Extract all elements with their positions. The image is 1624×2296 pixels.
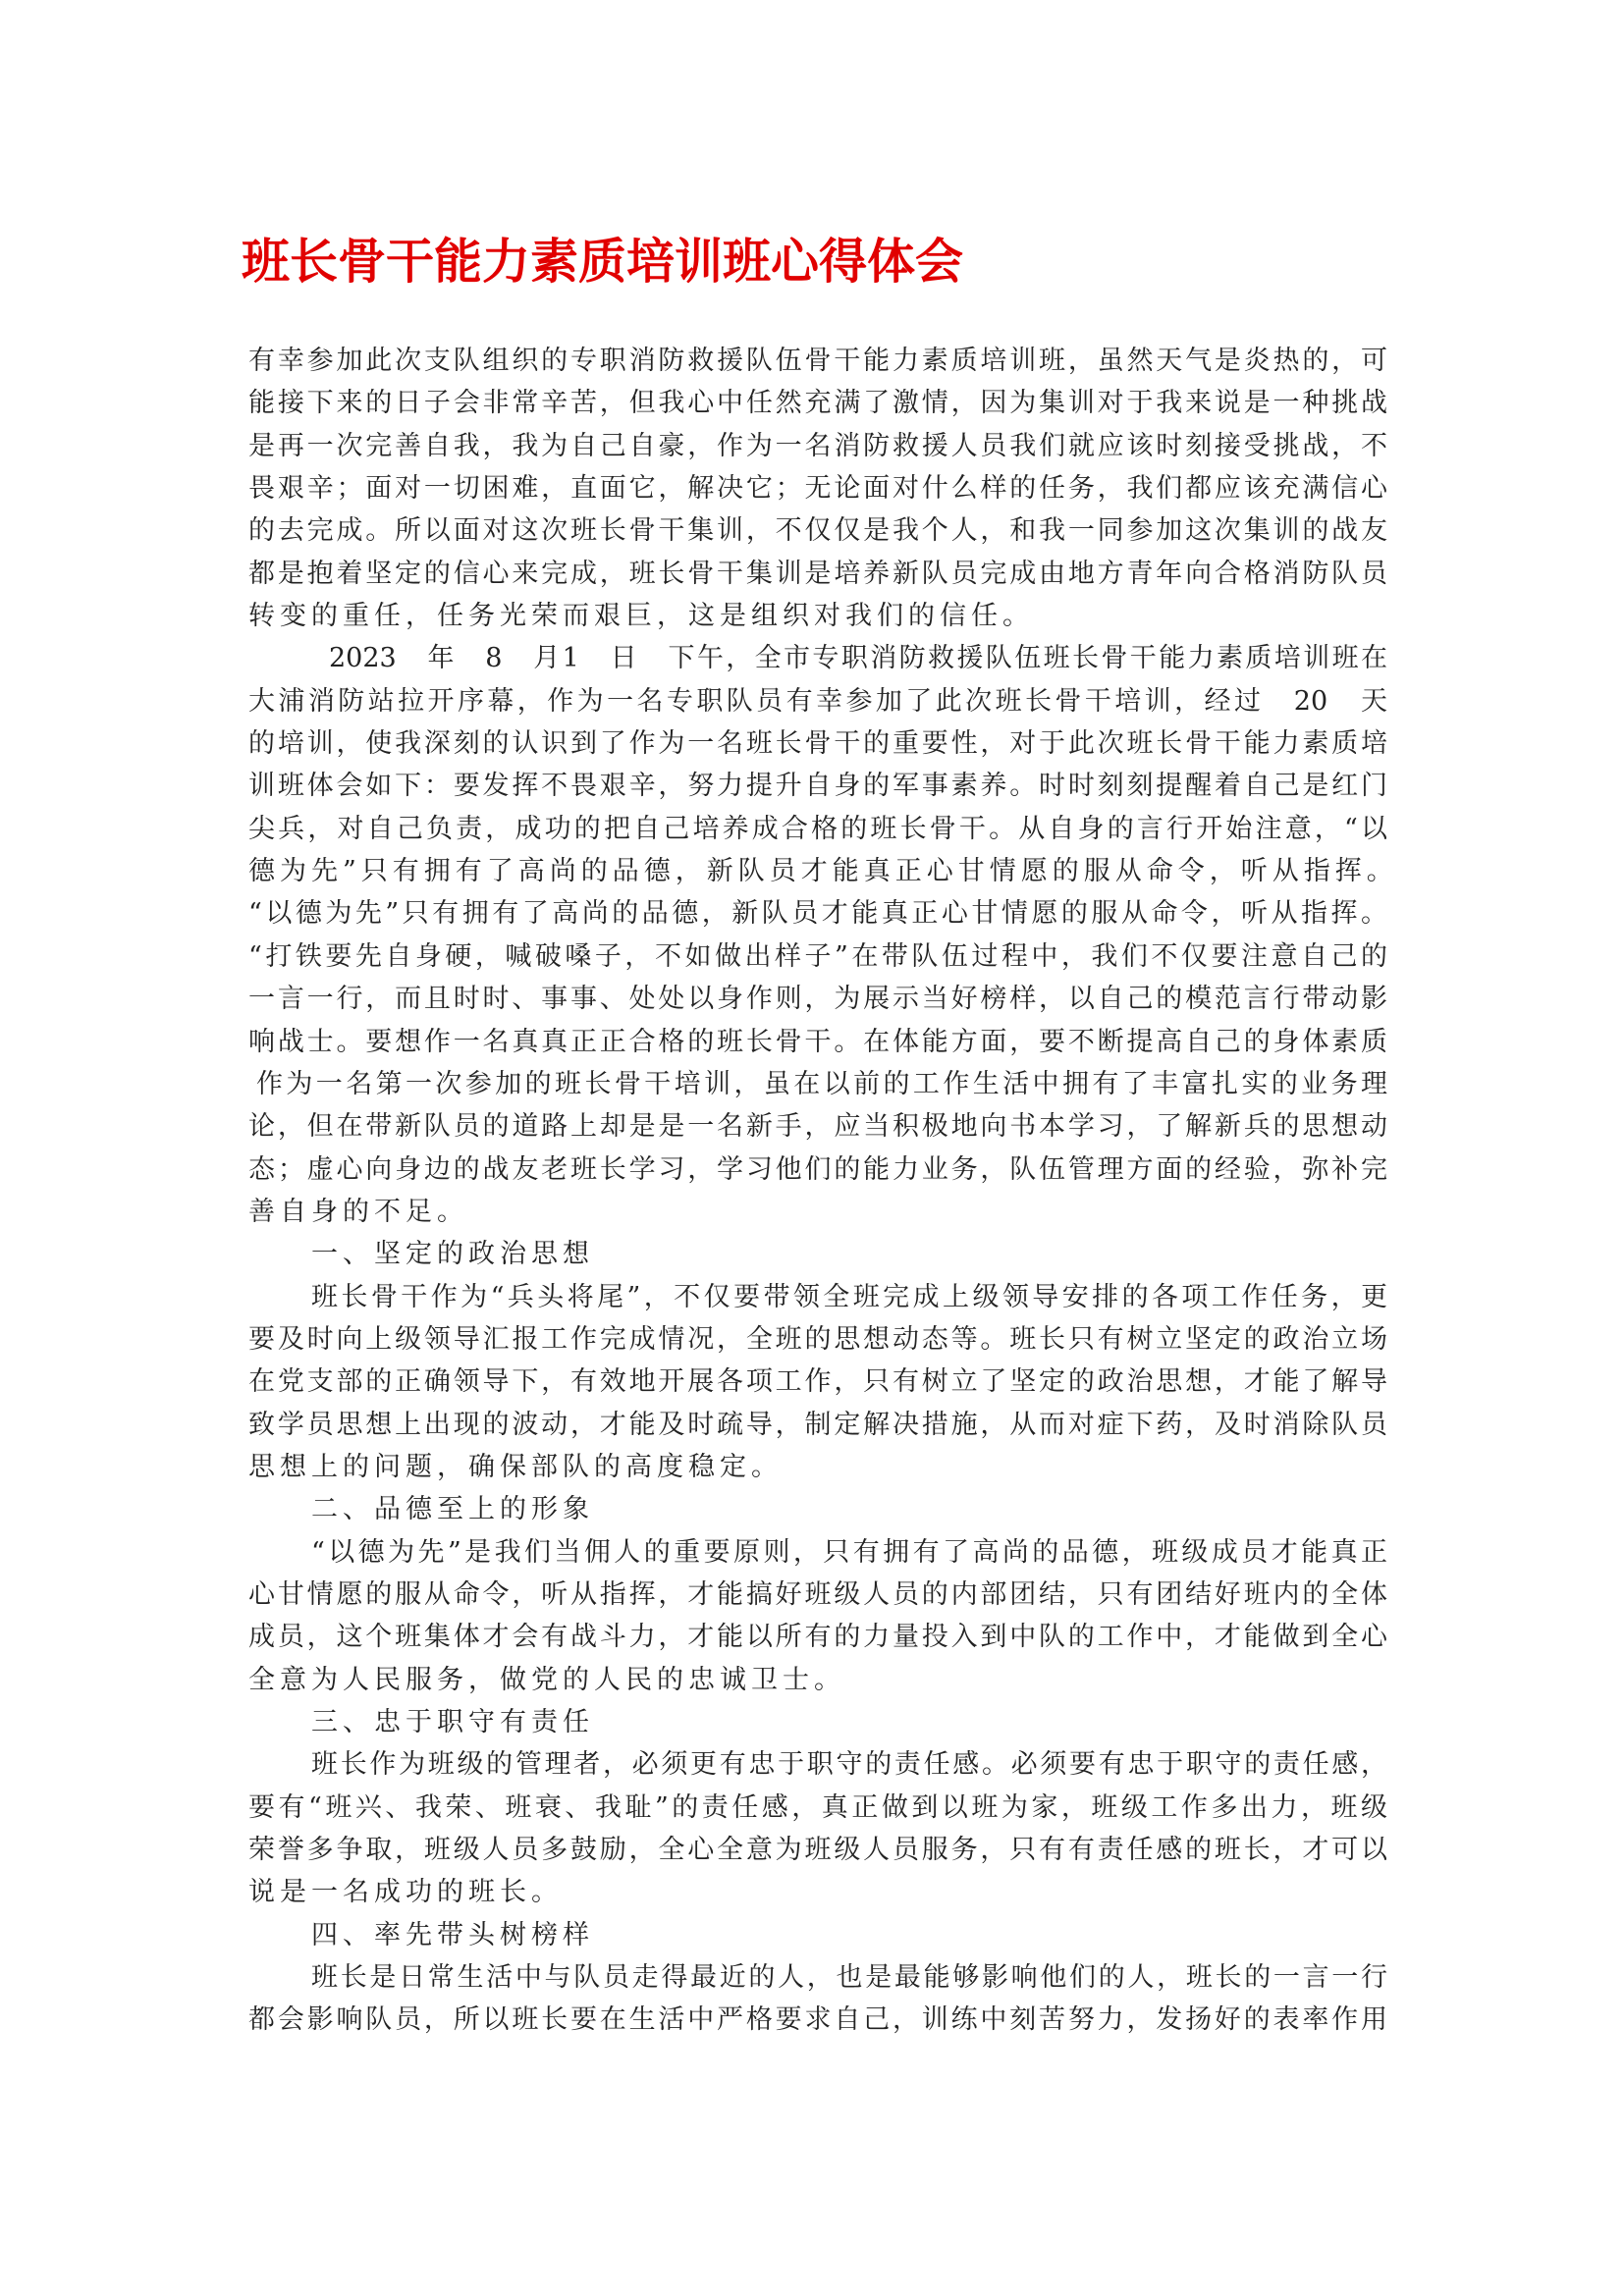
body-text-line: 善自身的不足。 [248,1191,1387,1233]
section-heading: 二、品德至上的形象 [248,1488,1387,1530]
body-text-line: “以德为先”只有拥有了高尚的品德，新队员才能真正心甘情愿的服从命令，听从指挥。 [248,892,1387,934]
body-text-line: 都会影响队员，所以班长要在生活中严格要求自己，训练中刻苦努力，发扬好的表率作用 [248,1999,1387,2041]
body-text-line: 论，但在带新队员的道路上却是是一名新手，应当积极地向书本学习，了解新兵的思想动 [248,1105,1387,1148]
section-heading: 一、坚定的政治思想 [248,1233,1387,1275]
body-text-line: 在党支部的正确领导下，有效地开展各项工作，只有树立了坚定的政治思想，才能了解导 [248,1361,1387,1403]
body-text-line: 成员，这个班集体才会有战斗力，才能以所有的力量投入到中队的工作中，才能做到全心 [248,1616,1387,1658]
body-text-line: 德为先”只有拥有了高尚的品德，新队员才能真正心甘情愿的服从命令，听从指挥。 [248,850,1387,892]
body-text-line: 都是抱着坚定的信心来完成，班长骨干集训是培养新队员完成由地方青年向合格消防队员 [248,553,1387,595]
body-text-line: 心甘情愿的服从命令，听从指挥，才能搞好班级人员的内部团结，只有团结好班内的全体 [248,1574,1387,1616]
body-text-line: 有幸参加此次支队组织的专职消防救援队伍骨干能力素质培训班，虽然天气是炎热的，可 [248,340,1387,382]
body-text-line: 一言一行，而且时时、事事、处处以身作则，为展示当好榜样，以自己的模范言行带动影 [248,978,1387,1020]
body-text-line: 作为一名第一次参加的班长骨干培训，虽在以前的工作生活中拥有了丰富扎实的业务理 [248,1063,1387,1105]
body-text-line: 大浦消防站拉开序幕，作为一名专职队员有幸参加了此次班长骨干培训，经过 20 天 [248,680,1387,722]
document-page: 班长骨干能力素质培训班心得体会 有幸参加此次支队组织的专职消防救援队伍骨干能力素… [0,0,1624,2296]
body-text-line: 训班体会如下：要发挥不畏艰辛，努力提升自身的军事素养。时时刻刻提醒着自己是红门 [248,765,1387,807]
document-body: 有幸参加此次支队组织的专职消防救援队伍骨干能力素质培训班，虽然天气是炎热的，可能… [248,340,1387,2042]
body-text-line: 荣誉多争取，班级人员多鼓励，全心全意为班级人员服务，只有有责任感的班长，才可以 [248,1829,1387,1871]
body-text-line: 思想上的问题，确保部队的高度稳定。 [248,1446,1387,1488]
body-text-line: “以德为先”是我们当佣人的重要原则，只有拥有了高尚的品德，班级成员才能真正 [248,1531,1387,1574]
body-text-line: 能接下来的日子会非常辛苦，但我心中任然充满了激情，因为集训对于我来说是一种挑战 [248,382,1387,424]
body-text-line: 响战士。要想作一名真真正正合格的班长骨干。在体能方面，要不断提高自己的身体素质 [248,1021,1387,1063]
document-title: 班长骨干能力素质培训班心得体会 [242,232,963,291]
body-text-line: 尖兵，对自己负责，成功的把自己培养成合格的班长骨干。从自身的言行开始注意，“以 [248,808,1387,850]
body-text-line: 要有“班兴、我荣、班衰、我耻”的责任感，真正做到以班为家，班级工作多出力，班级 [248,1787,1387,1829]
body-text-line: 态；虚心向身边的战友老班长学习，学习他们的能力业务，队伍管理方面的经验，弥补完 [248,1148,1387,1191]
body-text-line: 的培训，使我深刻的认识到了作为一名班长骨干的重要性，对于此次班长骨干能力素质培 [248,722,1387,765]
body-text-line: 全意为人民服务，做党的人民的忠诚卫士。 [248,1659,1387,1701]
body-text-line: 要及时向上级领导汇报工作完成情况，全班的思想动态等。班长只有树立坚定的政治立场 [248,1318,1387,1361]
body-text-line: 是再一次完善自我，我为自己自豪，作为一名消防救援人员我们就应该时刻接受挑战，不 [248,425,1387,467]
body-text-line: 的去完成。所以面对这次班长骨干集训，不仅仅是我个人，和我一同参加这次集训的战友 [248,509,1387,552]
body-text-line: 说是一名成功的班长。 [248,1871,1387,1913]
body-text-line: 畏艰辛；面对一切困难，直面它，解决它；无论面对什么样的任务，我们都应该充满信心 [248,467,1387,509]
body-text-line: 转变的重任，任务光荣而艰巨，这是组织对我们的信任。 [248,595,1387,637]
body-text-line: 班长骨干作为“兵头将尾”，不仅要带领全班完成上级领导安排的各项工作任务，更 [248,1276,1387,1318]
body-text-line: “打铁要先自身硬，喊破嗓子，不如做出样子”在带队伍过程中，我们不仅要注意自己的 [248,935,1387,978]
body-text-line: 致学员思想上出现的波动，才能及时疏导，制定解决措施，从而对症下药，及时消除队员 [248,1404,1387,1446]
body-text-line: 班长作为班级的管理者，必须更有忠于职守的责任感。必须要有忠于职守的责任感， [248,1743,1387,1786]
section-heading: 三、忠于职守有责任 [248,1701,1387,1743]
section-heading: 四、率先带头树榜样 [248,1914,1387,1956]
body-text-line: 班长是日常生活中与队员走得最近的人，也是最能够影响他们的人，班长的一言一行 [248,1956,1387,1999]
body-text-line: 2023 年 8 月1 日 下午，全市专职消防救援队伍班长骨干能力素质培训班在 [248,637,1387,679]
